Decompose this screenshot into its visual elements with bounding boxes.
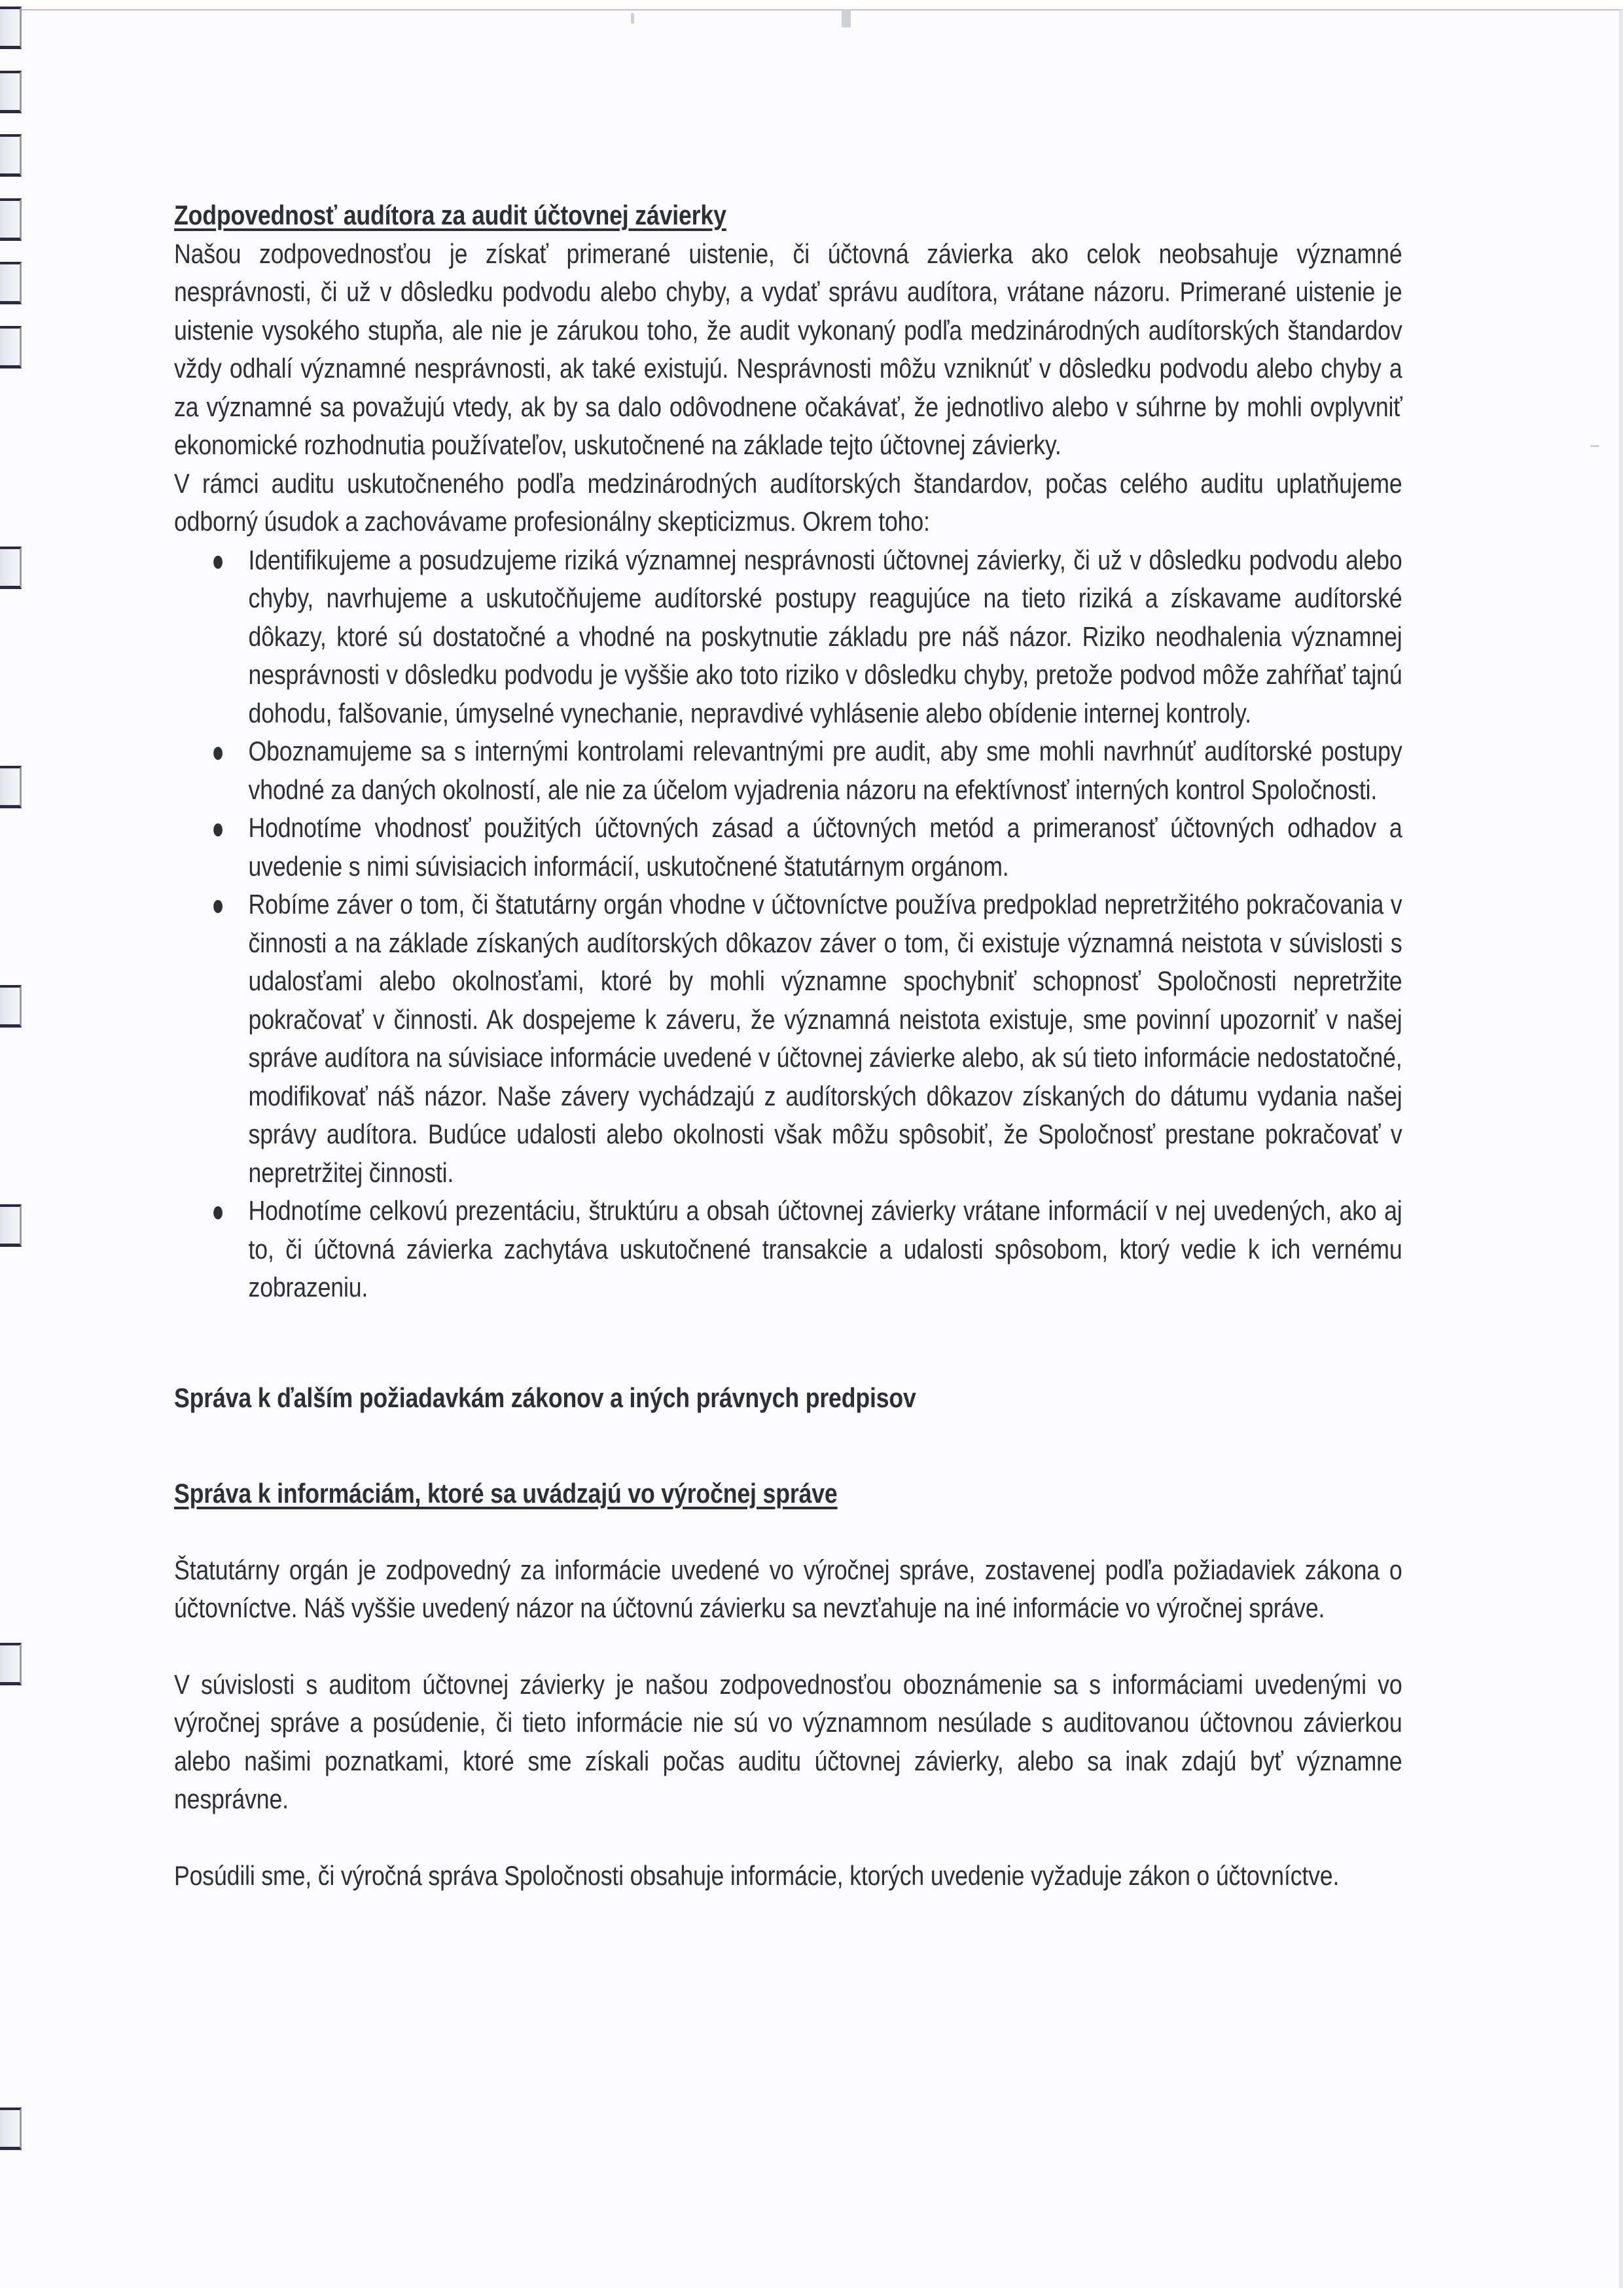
paragraph: V rámci auditu uskutočneného podľa medzi… [174,465,1402,541]
section-auditor-responsibility: Zodpovednosť audítora za audit účtovnej … [174,196,1402,1307]
paragraph: V súvislosti s auditom účtovnej závierky… [174,1666,1402,1819]
binding-hole [0,326,22,368]
binding-holes [0,0,26,2296]
binding-hole [0,547,22,589]
binding-hole [0,2108,22,2150]
binding-hole [0,985,22,1028]
section-heading: Správa k informáciám, ktoré sa uvádzajú … [174,1475,1402,1513]
binding-hole [0,7,22,49]
paragraph: Posúdili sme, či výročná správa Spoločno… [174,1857,1402,1895]
bullet-icon [213,556,223,569]
binding-hole [0,1643,22,1685]
binding-hole [0,134,22,177]
section-annual-report: Správa k informáciám, ktoré sa uvádzajú … [174,1475,1402,1895]
spacer [174,1307,1402,1379]
bullet-icon [213,1206,223,1219]
spacer [174,1417,1402,1475]
bullet-icon [213,747,223,760]
scan-speck [631,13,634,24]
binding-hole [0,1204,22,1247]
list-item: Robíme záver o tom, či štatutárny orgán … [174,886,1402,1192]
binding-hole [0,198,22,241]
list-item: Identifikujeme a posudzujeme riziká význ… [174,541,1402,733]
spacer [174,1628,1402,1666]
paragraph: Našou zodpovednosťou je získať primerané… [174,235,1402,465]
scan-speck [1590,445,1599,447]
list-item-text: Robíme záver o tom, či štatutárny orgán … [249,889,1402,1188]
scan-speck [842,9,851,27]
list-item-text: Hodnotíme celkovú prezentáciu, štruktúru… [249,1195,1402,1302]
list-item: Oboznamujeme sa s internými kontrolami r… [174,732,1402,809]
document-body: Zodpovednosť audítora za audit účtovnej … [174,196,1402,1895]
binding-hole [0,766,22,808]
list-item: Hodnotíme celkovú prezentáciu, štruktúru… [174,1192,1402,1307]
list-item-text: Identifikujeme a posudzujeme riziká význ… [249,545,1402,728]
list-item-text: Hodnotíme vhodnosť použitých účtovných z… [249,812,1402,882]
spacer [174,1819,1402,1857]
bullet-icon [213,823,223,836]
binding-hole [0,262,22,304]
bullet-list: Identifikujeme a posudzujeme riziká význ… [174,541,1402,1307]
binding-hole [0,71,22,113]
section-other-legal-requirements: Správa k ďalším požiadavkám zákonov a in… [174,1379,1402,1418]
spacer [174,1513,1402,1551]
section-heading: Zodpovednosť audítora za audit účtovnej … [174,196,1402,235]
list-item: Hodnotíme vhodnosť použitých účtovných z… [174,809,1402,886]
section-heading: Správa k ďalším požiadavkám zákonov a in… [174,1379,1402,1418]
list-item-text: Oboznamujeme sa s internými kontrolami r… [249,736,1402,805]
bullet-icon [213,900,223,913]
paragraph: Štatutárny orgán je zodpovedný za inform… [174,1551,1402,1628]
